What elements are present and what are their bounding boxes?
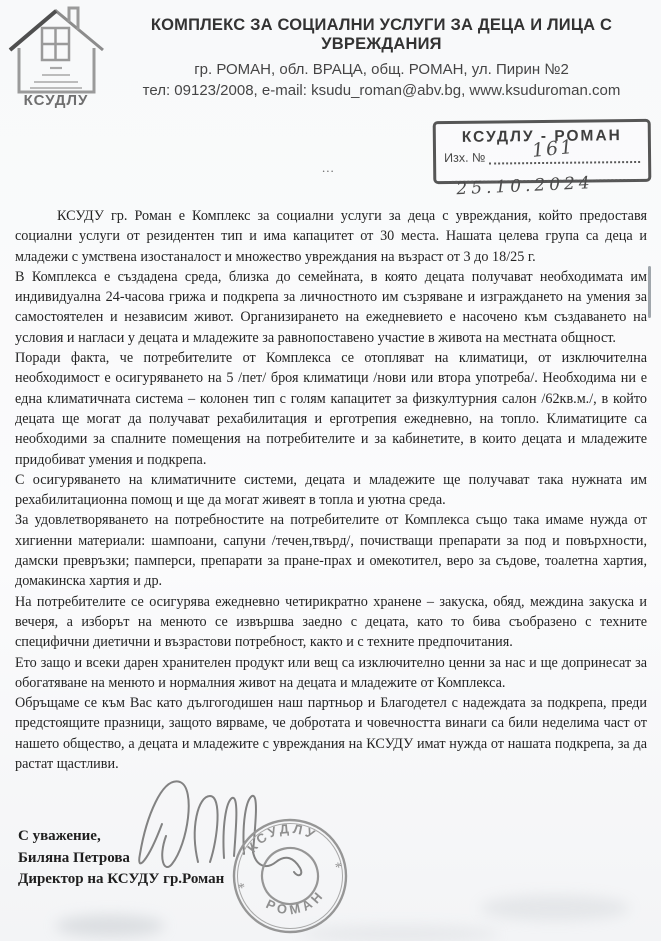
org-address: гр. РОМАН, обл. ВРАЦА, общ. РОМАН, ул. П… xyxy=(112,61,651,78)
outgoing-number-stamp: КСУДЛУ - РОМАН Изх. № 161 25.10.2024 xyxy=(433,119,652,184)
stamp-ref-row: Изх. № 161 25.10.2024 xyxy=(444,149,640,165)
scan-artifact-line xyxy=(648,266,651,318)
seal-right-star: * xyxy=(334,860,344,876)
house-icon xyxy=(0,4,112,96)
scan-smudge xyxy=(300,925,500,941)
scan-smudge xyxy=(480,895,630,921)
stamp-ref-number: 161 xyxy=(531,136,575,162)
stamp-date: 25.10.2024 xyxy=(456,173,594,199)
paragraph: За удовлетворяването на потребностите на… xyxy=(15,510,647,591)
seal-bottom-text: РОМАН xyxy=(261,885,330,923)
org-name: КОМПЛЕКС ЗА СОЦИАЛНИ УСЛУГИ ЗА ДЕЦА И ЛИ… xyxy=(112,16,651,54)
paragraph: Ето защо и всеки дарен хранителен продук… xyxy=(15,653,647,694)
paragraph: На потребителите се осигурява ежедневно … xyxy=(15,592,647,653)
logo-label: КСУДЛУ xyxy=(0,92,112,109)
stamp-zone: ... КСУДЛУ - РОМАН Изх. № 161 25.10.2024 xyxy=(0,118,661,206)
scan-smudge xyxy=(55,915,165,937)
round-seal: КСУДЛУ РОМАН * * xyxy=(228,814,352,941)
svg-text:РОМАН: РОМАН xyxy=(261,885,330,923)
paragraph: Поради факта, че потребителите от Компле… xyxy=(15,348,647,470)
letter-body: КСУДУ гр. Роман е Комплекс за социални у… xyxy=(0,206,661,774)
paragraph: Обръщаме се към Вас като дългогодишен на… xyxy=(15,693,647,774)
letterhead-text: КОМПЛЕКС ЗА СОЦИАЛНИ УСЛУГИ ЗА ДЕЦА И ЛИ… xyxy=(112,0,661,99)
letterhead: КСУДЛУ КОМПЛЕКС ЗА СОЦИАЛНИ УСЛУГИ ЗА ДЕ… xyxy=(0,0,661,118)
page-separator-dots: ... xyxy=(322,160,335,176)
org-contact: тел: 09123/2008, e-mail: ksudu_roman@abv… xyxy=(112,82,651,99)
stamp-ref-label: Изх. № xyxy=(444,151,485,165)
scanned-letter-page: КСУДЛУ КОМПЛЕКС ЗА СОЦИАЛНИ УСЛУГИ ЗА ДЕ… xyxy=(0,0,661,941)
seal-left-star: * xyxy=(237,881,247,897)
paragraph: КСУДУ гр. Роман е Комплекс за социални у… xyxy=(15,206,647,267)
org-logo: КСУДЛУ xyxy=(0,0,112,109)
paragraph: В Комплекса е създадена среда, близка до… xyxy=(15,267,647,348)
paragraph: С осигуряването на климатичните системи,… xyxy=(15,470,647,511)
